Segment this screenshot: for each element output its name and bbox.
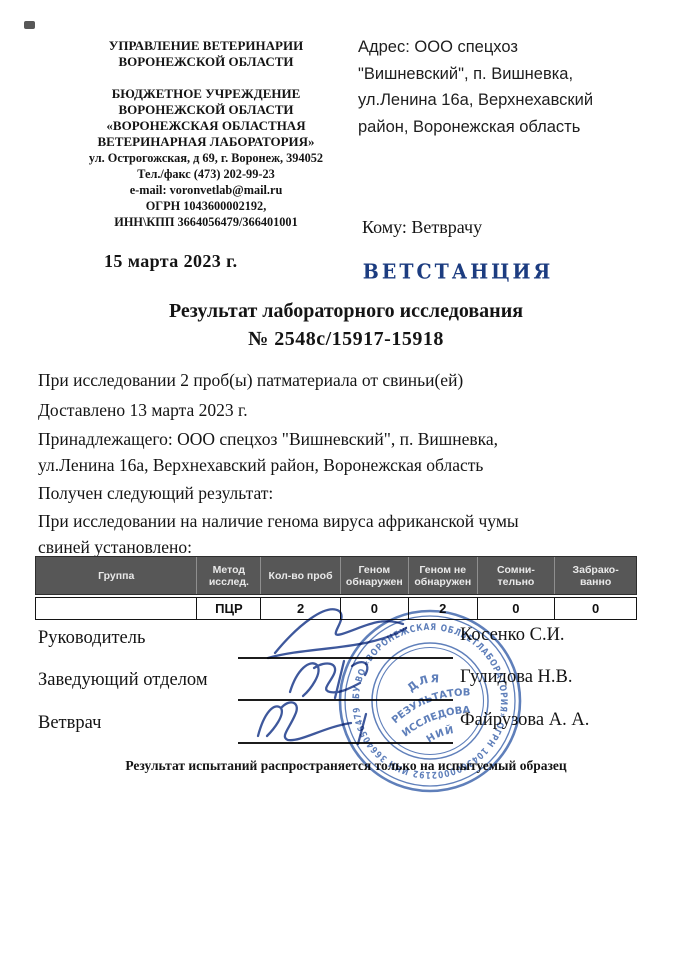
body-text-line: При исследовании на наличие генома вирус… <box>38 511 519 532</box>
table-header-sample-count: Кол-во проб <box>261 557 340 594</box>
org-address: ул. Острогожская, д 69, г. Воронеж, 3940… <box>50 150 362 166</box>
stamp-center-text: ДЛЯ РЕЗУЛЬТАТОВ ИССЛЕДОВА НИЙ <box>380 661 483 755</box>
body-text-line: Получен следующий результат: <box>38 483 273 504</box>
body-text-line: Доставлено 13 марта 2023 г. <box>38 400 248 421</box>
recipient-address-line: ул.Ленина 16а, Верхнехавский <box>358 87 658 114</box>
signature-role: Руководитель <box>38 628 145 649</box>
org-name-line: ВОРОНЕЖСКОЙ ОБЛАСТИ <box>50 102 362 118</box>
vetstation-ink-stamp: ВЕТСТАНЦИЯ <box>352 260 564 284</box>
org-name-line: ВЕТЕРИНАРНАЯ ЛАБОРАТОРИЯ» <box>50 134 362 150</box>
signature-role: Ветврач <box>38 713 101 734</box>
org-name-line: ВОРОНЕЖСКОЙ ОБЛАСТИ <box>50 54 362 70</box>
table-header-genome-detected: Геном обнаружен <box>341 557 409 594</box>
table-header-doubtful: Сомни- тельно <box>478 557 556 594</box>
document-title: Результат лабораторного исследования <box>0 300 692 323</box>
org-name-line: «ВОРОНЕЖСКАЯ ОБЛАСТНАЯ <box>50 118 362 134</box>
table-header-rejected: Забрако- ванно <box>555 557 636 594</box>
body-text-line: свиней установлено: <box>38 537 192 558</box>
body-text-line: ул.Ленина 16а, Верхнехавский район, Воро… <box>38 455 483 476</box>
round-lab-stamp: БУ ВО «ВОРОНЕЖСКАЯ ОБЛВЕТЛАБОРАТОРИЯ» ОГ… <box>330 601 530 801</box>
org-inn: ИНН\КПП 3664056479/366401001 <box>50 214 362 230</box>
recipient-address-line: район, Воронежская область <box>358 114 658 141</box>
org-email: e-mail: voronvetlab@mail.ru <box>50 182 362 198</box>
scan-artifact-speck <box>24 21 35 29</box>
document-date: 15 марта 2023 г. <box>104 251 238 272</box>
sender-org-block: УПРАВЛЕНИЕ ВЕТЕРИНАРИИ ВОРОНЕЖСКОЙ ОБЛАС… <box>50 38 362 230</box>
table-header-group: Группа <box>36 557 197 594</box>
signature-scribble-3 <box>258 706 282 736</box>
org-phone: Тел./факс (473) 202-99-23 <box>50 166 362 182</box>
body-text-line: При исследовании 2 проб(ы) патматериала … <box>38 370 463 391</box>
document-number: № 2548с/15917-15918 <box>0 328 692 351</box>
signature-role: Заведующий отделом <box>38 670 208 691</box>
table-cell-rejected: 0 <box>555 598 636 619</box>
table-cell-group <box>36 598 197 619</box>
results-table-header-row: Группа Метод исслед. Кол-во проб Геном о… <box>35 556 637 595</box>
org-name-line: УПРАВЛЕНИЕ ВЕТЕРИНАРИИ <box>50 38 362 54</box>
table-header-genome-not-detected: Геном не обнаружен <box>409 557 478 594</box>
org-ogrn: ОГРН 1043600002192, <box>50 198 362 214</box>
org-name-line: БЮДЖЕТНОЕ УЧРЕЖДЕНИЕ <box>50 86 362 102</box>
recipient-to-line: Кому: Ветврачу <box>362 217 482 238</box>
recipient-address-block: Адрес: ООО спецхоз "Вишневский", п. Вишн… <box>358 34 658 140</box>
table-header-method: Метод исслед. <box>197 557 261 594</box>
recipient-address-line: "Вишневский", п. Вишневка, <box>358 61 658 88</box>
body-text-line: Принадлежащего: ООО спецхоз "Вишневский"… <box>38 429 498 450</box>
recipient-address-line: Адрес: ООО спецхоз <box>358 34 658 61</box>
